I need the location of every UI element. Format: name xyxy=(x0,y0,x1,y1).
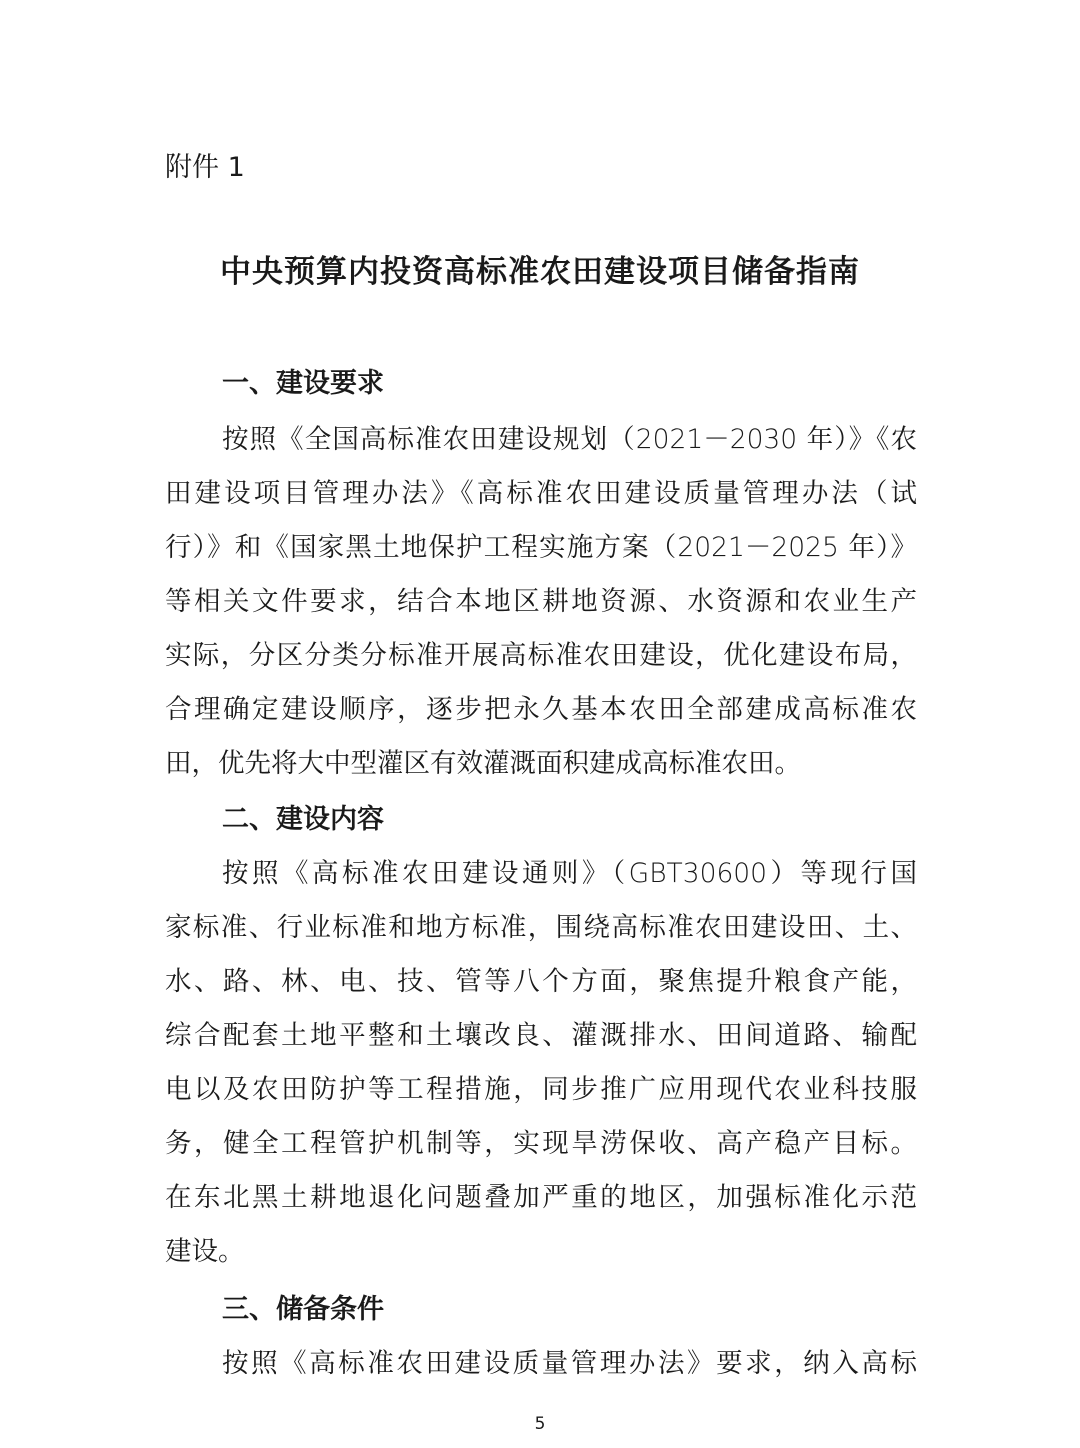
attachment-label: 附件 1 xyxy=(165,148,245,188)
paragraph-line: 按照《高标准农田建设质量管理办法》要求，纳入高标 xyxy=(222,1344,917,1384)
document-page: 附件 1 中央预算内投资高标准农田建设项目储备指南 一、建设要求 按照《全国高标… xyxy=(0,0,1080,1448)
paragraph-line: 家标准、行业标准和地方标准，围绕高标准农田建设田、土、 xyxy=(165,908,917,948)
paragraph-line: 电以及农田防护等工程措施，同步推广应用现代农业科技服 xyxy=(165,1070,917,1110)
paragraph-line: 田建设项目管理办法》《高标准农田建设质量管理办法（试 xyxy=(165,474,917,514)
paragraph-line: 等相关文件要求，结合本地区耕地资源、水资源和农业生产 xyxy=(165,582,917,622)
paragraph-line: 综合配套土地平整和土壤改良、灌溉排水、田间道路、输配 xyxy=(165,1016,917,1056)
section-heading-reserve-conditions: 三、储备条件 xyxy=(222,1290,384,1330)
paragraph-line: 按照《高标准农田建设通则》（GBT30600）等现行国 xyxy=(222,854,917,894)
paragraph-line: 合理确定建设顺序，逐步把永久基本农田全部建成高标准农 xyxy=(165,690,917,730)
document-title: 中央预算内投资高标准农田建设项目储备指南 xyxy=(0,250,1080,294)
paragraph-line: 在东北黑土耕地退化问题叠加严重的地区，加强标准化示范 xyxy=(165,1178,917,1218)
paragraph-line: 建设。 xyxy=(165,1232,917,1272)
paragraph-line: 行）》和《国家黑土地保护工程实施方案（2021－2025 年）》 xyxy=(165,528,917,568)
section-heading-content: 二、建设内容 xyxy=(222,800,384,840)
paragraph-line: 按照《全国高标准农田建设规划（2021－2030 年）》《农 xyxy=(222,420,917,460)
paragraph-line: 实际，分区分类分标准开展高标准农田建设，优化建设布局， xyxy=(165,636,917,676)
section-heading-requirements: 一、建设要求 xyxy=(222,364,384,404)
paragraph-line: 务，健全工程管护机制等，实现旱涝保收、高产稳产目标。 xyxy=(165,1124,917,1164)
page-number: 5 xyxy=(0,1412,1080,1436)
paragraph-line: 田，优先将大中型灌区有效灌溉面积建成高标准农田。 xyxy=(165,744,917,784)
paragraph-line: 水、路、林、电、技、管等八个方面，聚焦提升粮食产能， xyxy=(165,962,917,1002)
